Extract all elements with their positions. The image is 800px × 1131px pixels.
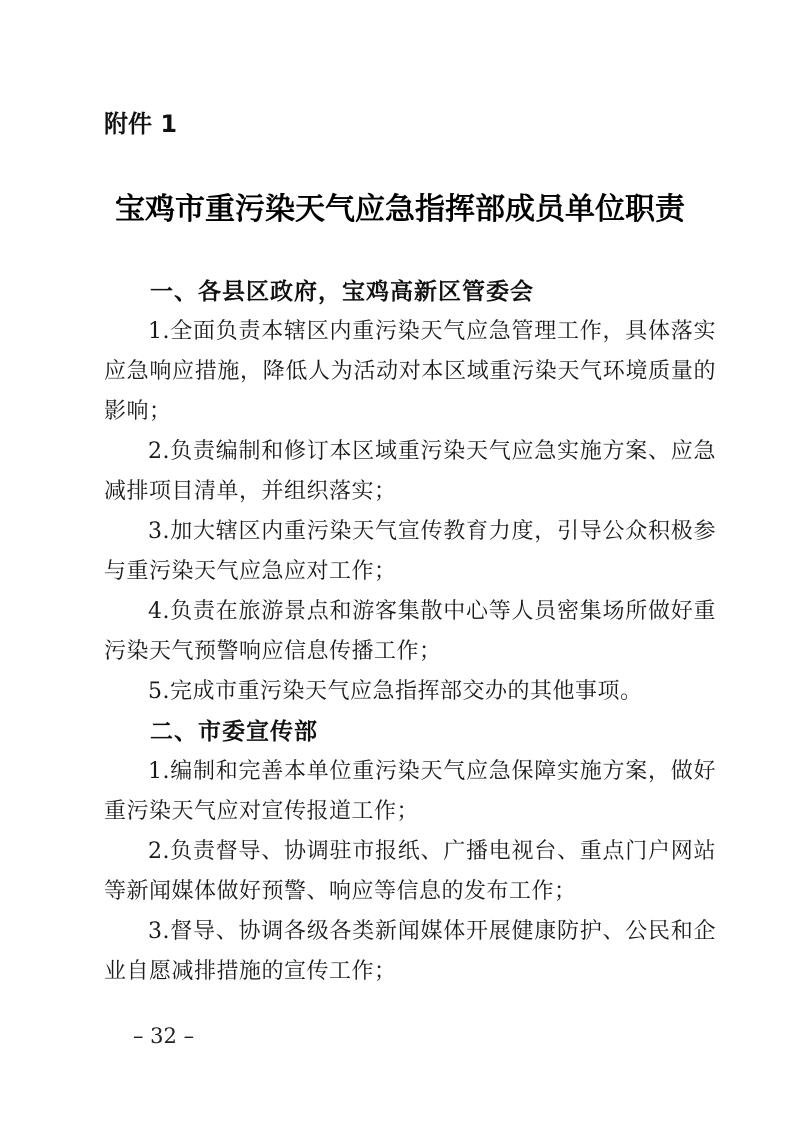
section-1-heading: 一、各县区政府，宝鸡高新区管委会 — [104, 272, 716, 312]
document-page: 附件 1 宝鸡市重污染天气应急指挥部成员单位职责 一、各县区政府，宝鸡高新区管委… — [0, 0, 800, 1131]
section-1-item-2: 2.负责编制和修订本区域重污染天气应急实施方案、应急减排项目清单，并组织落实； — [104, 432, 716, 512]
section-1-item-1: 1.全面负责本辖区内重污染天气应急管理工作，具体落实应急响应措施，降低人为活动对… — [104, 312, 716, 432]
section-1-item-4: 4.负责在旅游景点和游客集散中心等人员密集场所做好重污染天气预警响应信息传播工作… — [104, 592, 716, 672]
section-2-item-2: 2.负责督导、协调驻市报纸、广播电视台、重点门户网站等新闻媒体做好预警、响应等信… — [104, 832, 716, 912]
section-2-item-3: 3.督导、协调各级各类新闻媒体开展健康防护、公民和企业自愿减排措施的宣传工作； — [104, 912, 716, 992]
document-body: 一、各县区政府，宝鸡高新区管委会 1.全面负责本辖区内重污染天气应急管理工作，具… — [104, 272, 716, 992]
section-2-item-1: 1.编制和完善本单位重污染天气应急保障实施方案，做好重污染天气应对宣传报道工作； — [104, 752, 716, 832]
document-title: 宝鸡市重污染天气应急指挥部成员单位职责 — [0, 188, 800, 232]
section-2-heading: 二、市委宣传部 — [104, 712, 716, 752]
page-number: – 32 – — [133, 1024, 194, 1048]
attachment-label: 附件 1 — [104, 110, 177, 138]
section-1-item-5: 5.完成市重污染天气应急指挥部交办的其他事项。 — [104, 672, 716, 712]
section-1-item-3: 3.加大辖区内重污染天气宣传教育力度，引导公众积极参与重污染天气应急应对工作； — [104, 512, 716, 592]
